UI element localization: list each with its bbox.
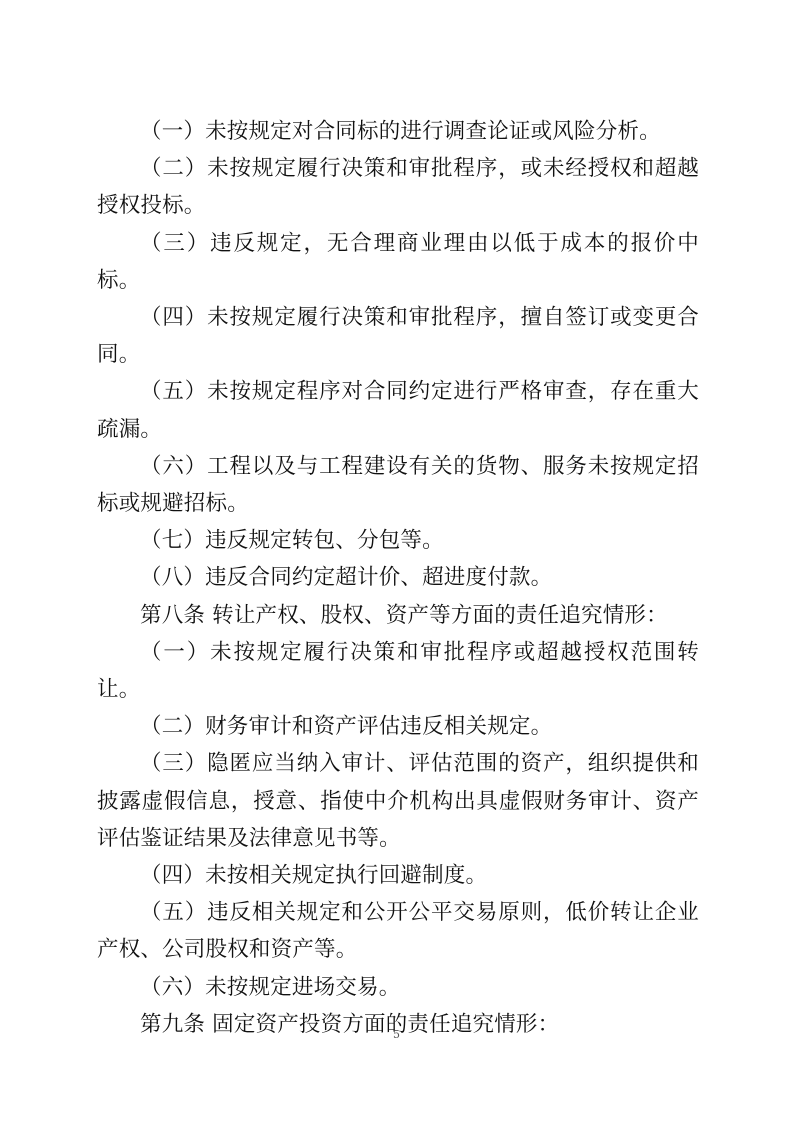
article-8-heading: 第八条 转让产权、股权、资产等方面的责任追究情形： [97, 597, 699, 634]
document-body: （一）未按规定对合同标的进行调查论证或风险分析。 （二）未按规定履行决策和审批程… [97, 113, 699, 1043]
article-8-item-1: （一）未按规定履行决策和审批程序或超越授权范围转让。 [97, 634, 699, 708]
clause-item-8: （八）违反合同约定超计价、超进度付款。 [97, 559, 699, 596]
clause-item-2: （二）未按规定履行决策和审批程序，或未经授权和超越授权投标。 [97, 150, 699, 224]
article-8-item-2: （二）财务审计和资产评估违反相关规定。 [97, 708, 699, 745]
clause-item-3: （三）违反规定，无合理商业理由以低于成本的报价中标。 [97, 225, 699, 299]
clause-item-5: （五）未按规定程序对合同约定进行严格审查，存在重大疏漏。 [97, 373, 699, 447]
clause-item-4: （四）未按规定履行决策和审批程序，擅自签订或变更合同。 [97, 299, 699, 373]
article-8-item-6: （六）未按规定进场交易。 [97, 969, 699, 1006]
clause-item-1: （一）未按规定对合同标的进行调查论证或风险分析。 [97, 113, 699, 150]
clause-item-6: （六）工程以及与工程建设有关的货物、服务未按规定招标或规避招标。 [97, 448, 699, 522]
page-number: 5 [0, 1028, 793, 1041]
article-8-item-5: （五）违反相关规定和公开公平交易原则，低价转让企业产权、公司股权和资产等。 [97, 894, 699, 968]
article-8-item-3: （三）隐匿应当纳入审计、评估范围的资产，组织提供和披露虚假信息，授意、指使中介机… [97, 745, 699, 857]
article-8-item-4: （四）未按相关规定执行回避制度。 [97, 857, 699, 894]
clause-item-7: （七）违反规定转包、分包等。 [97, 522, 699, 559]
